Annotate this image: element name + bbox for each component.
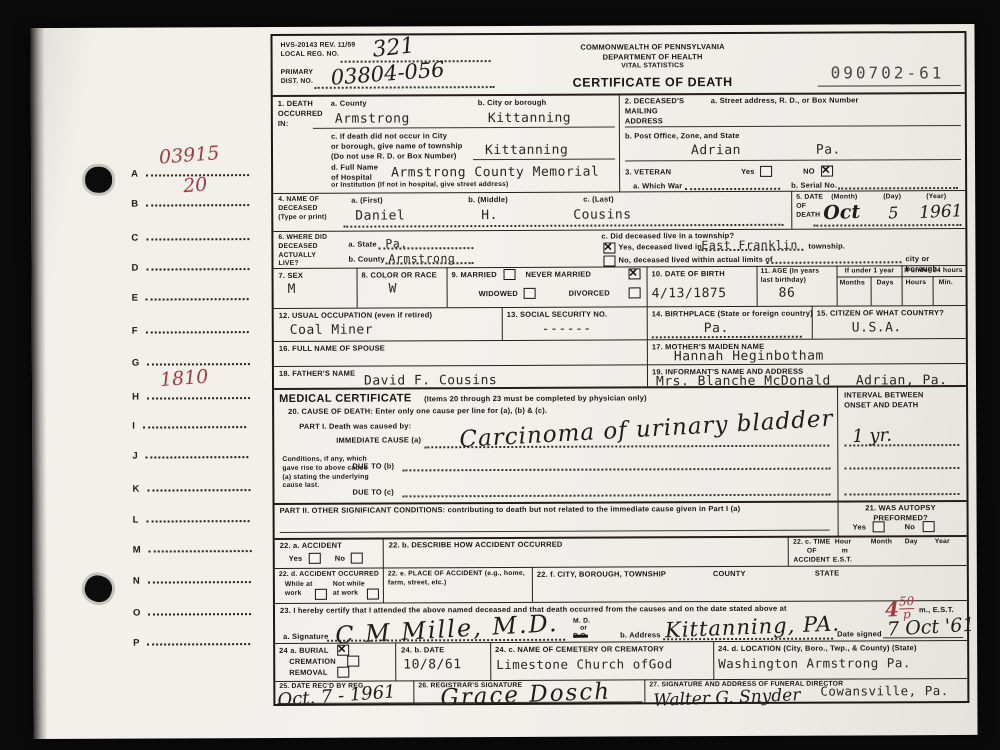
section-line: [273, 190, 965, 194]
race-value: W: [389, 281, 397, 296]
age-value: 86: [779, 286, 796, 301]
divider: [490, 642, 491, 680]
removal-label: REMOVAL: [289, 668, 327, 678]
margin-row: M: [133, 539, 252, 558]
vital-statistics-heading: VITAL STATISTICS: [543, 62, 763, 72]
margin-dotted-line: [146, 259, 249, 270]
margin-row: L: [133, 509, 250, 528]
margin-row: N: [133, 570, 251, 589]
margin-letter: H: [132, 392, 139, 403]
est-suffix-label: m., E.S.T.: [919, 605, 954, 615]
post-office-value: Adrian Pa.: [691, 143, 841, 159]
m-label: m: [842, 548, 848, 557]
at-work-checkbox: [315, 589, 327, 600]
margin-entry: 1810: [159, 366, 209, 392]
veteran-yes-checkbox: [760, 166, 772, 177]
certificate-number-stamp: 090702-61: [831, 63, 945, 82]
dotted-line: [844, 467, 959, 470]
divider: [791, 191, 792, 229]
death-day-value: 5: [888, 203, 899, 222]
est-label: E.S.T.: [833, 556, 852, 565]
post-office-label: b. Post Office, Zone, and State: [625, 131, 740, 141]
veteran-yes-label: Yes: [741, 167, 755, 177]
cause-of-death-label: 20. CAUSE OF DEATH: Enter only one cause…: [288, 406, 547, 417]
township-lived-value: East Franklin: [701, 238, 798, 252]
birthplace-value: Pa.: [704, 321, 729, 336]
death-occurred-label: 1. DEATH OCCURRED IN:: [278, 99, 323, 128]
accident-month-label: Month: [871, 538, 892, 547]
divider: [933, 276, 934, 305]
township-yes-label: Yes, deceased lived in: [618, 242, 702, 252]
burial-location-label: 24. d. LOCATION (City, Boro., Twp., & Co…: [718, 643, 917, 654]
underline: [313, 127, 615, 129]
year-label: (Year): [926, 193, 946, 202]
margin-row: K: [132, 478, 250, 497]
never-married-checkbox: [629, 268, 641, 279]
divider: [713, 641, 714, 679]
name-of-deceased-label: 4. NAME OF DECEASED (Type or print): [278, 196, 327, 223]
margin-dotted-line: [146, 195, 249, 206]
months-label: Months: [840, 279, 865, 288]
underline: [473, 159, 615, 161]
accident-label: 22. a. ACCIDENT: [280, 541, 342, 551]
hospital-value: Armstrong County Memorial: [391, 165, 599, 181]
divider: [871, 276, 872, 305]
sex-value: M: [288, 282, 296, 297]
which-war-label: a. Which War: [633, 181, 682, 191]
township-value: Kittanning: [485, 143, 568, 158]
burial-label: 24 a. BURIAL: [279, 646, 329, 656]
margin-dotted-line: [147, 634, 250, 645]
dotted-line: [402, 494, 830, 498]
dotted-line: [402, 468, 830, 472]
section-line: [274, 338, 966, 342]
autopsy-no-label: No: [905, 522, 915, 532]
divider: [756, 266, 757, 306]
divider: [357, 268, 358, 308]
margin-entry: 03915: [158, 142, 220, 168]
margin-letter: M: [133, 545, 141, 556]
certificate-paper: A03915 B20 C D E F G H1810 I J K L M N O…: [30, 24, 977, 739]
margin-row: D: [131, 257, 249, 276]
margin-row: O: [133, 602, 251, 621]
widowed-label: WIDOWED: [479, 289, 518, 299]
immediate-cause-label: IMMEDIATE CAUSE (a): [336, 435, 421, 445]
margin-letter: G: [132, 358, 139, 369]
accident-no-checkbox: [351, 553, 363, 564]
margin-dotted-line: [148, 572, 251, 583]
margin-row: F: [132, 320, 249, 339]
local-reg-label: LOCAL REG. NO.: [281, 51, 340, 60]
punch-hole-bottom: [81, 572, 115, 606]
divider: [836, 266, 837, 306]
margin-letter: C: [131, 233, 138, 244]
autopsy-yes-label: Yes: [853, 522, 867, 532]
citizen-label: 15. CITIZEN OF WHAT COUNTRY?: [817, 308, 944, 318]
margin-dotted-line: [146, 289, 249, 300]
margin-dotted-line: [147, 354, 250, 365]
burial-location-value: Washington Armstrong Pa.: [718, 655, 911, 671]
margin-dotted-line: [143, 417, 246, 428]
divider: [383, 568, 384, 603]
margin-letter: K: [132, 484, 139, 495]
accident-state-label: STATE: [815, 569, 840, 579]
margin-letter: J: [132, 451, 137, 462]
section-line: [274, 363, 966, 367]
township-no-label: No, deceased lived within actual limits …: [618, 255, 772, 265]
accident-day-label: Day: [905, 538, 918, 547]
divider: [383, 538, 384, 568]
margin-dotted-line: [146, 447, 249, 458]
accident-county-label: COUNTY: [713, 569, 746, 579]
mother-maiden-value: Hannah Heginbotham: [674, 349, 824, 365]
first-name-value: Daniel: [355, 208, 405, 223]
physician-address-label: b. Address: [620, 630, 661, 640]
margin-dotted-line: [147, 480, 250, 491]
divider: [647, 339, 648, 364]
divider: [619, 93, 620, 191]
underline: [625, 125, 961, 127]
autopsy-label: 21. WAS AUTOPSY PREFORMED?: [845, 503, 957, 523]
underline: [883, 637, 963, 638]
date-of-death-label: 5. DATE OF DEATH: [796, 194, 823, 221]
middle-name-label: b. (Middle): [468, 195, 508, 205]
days-label: Days: [877, 279, 894, 288]
part1-label: PART I. Death was caused by:: [299, 421, 411, 431]
death-month-value: Oct: [823, 201, 861, 224]
live-county-label: b. County: [348, 255, 384, 265]
death-year-value: 1961: [919, 201, 963, 223]
occupation-label: 12. USUAL OCCUPATION (even if retired): [279, 310, 433, 320]
birthplace-label: 14. BIRTHPLACE (State or foreign country…: [652, 309, 813, 319]
veteran-no-label: NO: [803, 167, 815, 177]
spouse-label: 16. FULL NAME OF SPOUSE: [279, 344, 385, 354]
live-county-value: Armstrong: [388, 251, 455, 265]
divider: [646, 266, 647, 306]
section-line: [275, 678, 967, 682]
dotted-line: [813, 224, 961, 227]
divider: [788, 536, 789, 566]
underline: [818, 85, 961, 87]
township-no-checkbox: [603, 256, 615, 267]
dotted-line: [844, 493, 959, 496]
hospital-note: or Institution (If not in hospital, give…: [331, 181, 508, 191]
township-note-label: c. If death did not occur in City or bor…: [331, 131, 463, 161]
where-lived-label: 6. WHERE DID DECEASED ACTUALLY LIVE?: [278, 234, 327, 270]
veteran-no-checkbox: [821, 166, 833, 177]
margin-row: E: [132, 287, 249, 306]
describe-accident-label: 22. b. DESCRIBE HOW ACCIDENT OCCURRED: [389, 540, 563, 551]
certificate-form: HVS-20143 REV. 11/59 LOCAL REG. NO. 321 …: [270, 31, 969, 706]
city-borough-value: Kittanning: [488, 111, 571, 126]
accident-no-label: No: [335, 554, 345, 564]
margin-letter: L: [133, 515, 139, 526]
not-at-work-label: Not while at work: [333, 581, 365, 599]
removal-checkbox: [337, 667, 349, 678]
date-signed-label: Date signed: [837, 629, 882, 639]
not-at-work-checkbox: [367, 589, 379, 600]
dotted-line: [766, 261, 901, 264]
township-yes-checkbox: [603, 243, 615, 254]
autopsy-no-checkbox: [923, 521, 935, 532]
margin-row: H1810: [132, 386, 250, 405]
certificate-title: CERTIFICATE OF DEATH: [543, 74, 763, 91]
first-name-label: a. (First): [351, 196, 383, 206]
due-to-b-label: DUE TO (b): [352, 461, 394, 471]
margin-letter: A: [131, 169, 138, 180]
min-label: Min.: [939, 279, 953, 288]
burial-checkbox: [337, 645, 349, 656]
underline: [625, 159, 961, 161]
margin-dotted-line: [148, 604, 251, 615]
margin-row: J: [132, 445, 248, 464]
underline: [280, 530, 830, 533]
punch-hole-top: [85, 167, 112, 193]
state-value: Pa.: [385, 236, 407, 250]
divider: [647, 306, 648, 339]
widowed-checkbox: [524, 288, 536, 299]
accident-yes-label: Yes: [289, 554, 303, 564]
last-name-value: Cousins: [573, 207, 631, 222]
local-reg-value: 321: [371, 33, 415, 62]
ssn-label: 13. SOCIAL SECURITY NO.: [507, 310, 608, 320]
divider: [395, 642, 396, 680]
dotted-line: [685, 188, 780, 190]
divider: [502, 307, 503, 340]
part2-label: PART II. OTHER SIGNIFICANT CONDITIONS: c…: [280, 504, 830, 516]
margin-letter: B: [131, 199, 138, 210]
under-24-hours-label: If under 24 hours: [903, 267, 965, 276]
never-married-label: NEVER MARRIED: [526, 270, 592, 280]
cremation-label: CREMATION: [289, 657, 336, 667]
divider: [837, 386, 839, 536]
physician-signature-label: a. Signature: [283, 632, 328, 642]
margin-row: C: [131, 227, 249, 246]
cemetery-value: Limestone Church ofGod: [496, 656, 673, 672]
margin-entry: 20: [182, 173, 208, 197]
paper-left-edge: [30, 28, 47, 739]
accident-occurred-label: 22. d. ACCIDENT OCCURRED: [279, 571, 379, 580]
date-of-birth-value: 4/13/1875: [652, 286, 727, 301]
dotted-line: [343, 224, 783, 228]
margin-letter: F: [132, 326, 138, 337]
cemetery-label: 24. c. NAME OF CEMETERY OR CREMATORY: [495, 644, 664, 654]
divider: [644, 679, 645, 702]
margin-letter: P: [133, 638, 139, 649]
primary-dist-label: PRIMARY DIST. NO.: [281, 69, 314, 87]
hours-label: Hours: [906, 279, 927, 288]
age-label: 11. AGE (In years last birthday): [761, 268, 820, 286]
serial-no-label: b. Serial No.: [791, 181, 837, 191]
section-line: [275, 535, 967, 540]
margin-letter: E: [132, 293, 138, 304]
place-of-accident-label: 22. e. PLACE OF ACCIDENT (e.g., home, fa…: [388, 570, 525, 588]
divider: [447, 267, 448, 307]
citizen-value: U.S.A.: [852, 320, 902, 335]
accident-city-label: 22. f. CITY, BOROUGH, TOWNSHIP: [537, 569, 666, 579]
township-suffix-label: township.: [808, 242, 845, 252]
scanned-death-certificate: { "ink": {"red": "#a43a3e", "black": "#2…: [0, 0, 1000, 750]
county-value: Armstrong: [335, 111, 410, 126]
married-label: 9. MARRIED: [452, 270, 497, 280]
department-heading: DEPARTMENT OF HEALTH: [543, 52, 763, 63]
time-of-accident-label: 22. c. TIME OF ACCIDENT: [793, 539, 831, 566]
margin-letter: O: [133, 608, 140, 619]
married-checkbox: [504, 269, 516, 280]
do-label-struck: D.O.: [573, 633, 588, 642]
father-name-label: 18. FATHER'S NAME: [279, 369, 355, 379]
margin-row: P: [133, 632, 250, 651]
divorced-label: DIVORCED: [569, 289, 610, 299]
form-number: HVS-20143 REV. 11/59: [281, 42, 356, 51]
funeral-director-address: Cowansville, Pa.: [820, 683, 948, 699]
date-of-birth-label: 10. DATE OF BIRTH: [652, 269, 725, 279]
middle-name-value: H.: [481, 208, 498, 223]
margin-dotted-line: [146, 322, 249, 333]
interval-label: INTERVAL BETWEEN ONSET AND DEATH: [844, 390, 924, 410]
due-to-c-label: DUE TO (c): [352, 487, 393, 497]
divider: [647, 364, 648, 386]
ssn-value: ------: [542, 322, 592, 337]
divider: [532, 567, 533, 602]
medical-certificate-note: (Items 20 through 23 must be completed b…: [424, 393, 647, 404]
margin-dotted-line: [146, 511, 249, 522]
street-address-label: a. Street address, R. D., or Box Number: [711, 95, 859, 105]
margin-dotted-line: [149, 541, 252, 552]
burial-date-label: 24. b. DATE: [401, 645, 444, 655]
divider: [413, 680, 414, 703]
interval-value: 1 yr.: [852, 425, 892, 448]
commonwealth-heading: COMMONWEALTH OF PENNSYLVANIA: [543, 42, 763, 53]
last-name-label: c. (Last): [583, 195, 614, 205]
medical-certificate-title: MEDICAL CERTIFICATE: [279, 391, 412, 406]
veteran-label: 3. VETERAN: [625, 167, 671, 177]
margin-letter: I: [132, 421, 135, 432]
occupation-value: Coal Miner: [290, 323, 373, 338]
margin-row: I: [132, 415, 246, 433]
burial-date-value: 10/8/61: [403, 657, 461, 672]
sex-label: 7. SEX: [279, 271, 304, 281]
while-at-work-label: While at work: [285, 581, 313, 599]
registrar-signature: Grace Dosch: [440, 679, 612, 712]
section-line: [275, 565, 967, 569]
margin-row: B20: [131, 193, 249, 212]
hospital-label: d. Full Name of Hospital: [331, 163, 378, 183]
hour-label: Hour: [835, 538, 852, 547]
margin-dotted-line: [146, 229, 249, 240]
mailing-address-label: 2. DECEASED'S MAILING ADDRESS: [625, 96, 685, 126]
county-label: a. County: [331, 99, 367, 109]
state-label: a. State: [348, 240, 376, 250]
day-label: (Day): [883, 193, 901, 202]
margin-letter: N: [133, 576, 140, 587]
divorced-checkbox: [629, 287, 641, 298]
accident-yes-checkbox: [309, 553, 321, 564]
autopsy-yes-checkbox: [873, 521, 885, 532]
city-borough-label: b. City or borough: [478, 98, 547, 108]
margin-letter: D: [131, 263, 138, 274]
accident-year-label: Year: [935, 538, 950, 547]
cremation-checkbox: [347, 656, 359, 667]
race-label: 8. COLOR OR RACE: [362, 270, 437, 280]
under-1-year-label: If under 1 year: [839, 267, 901, 276]
